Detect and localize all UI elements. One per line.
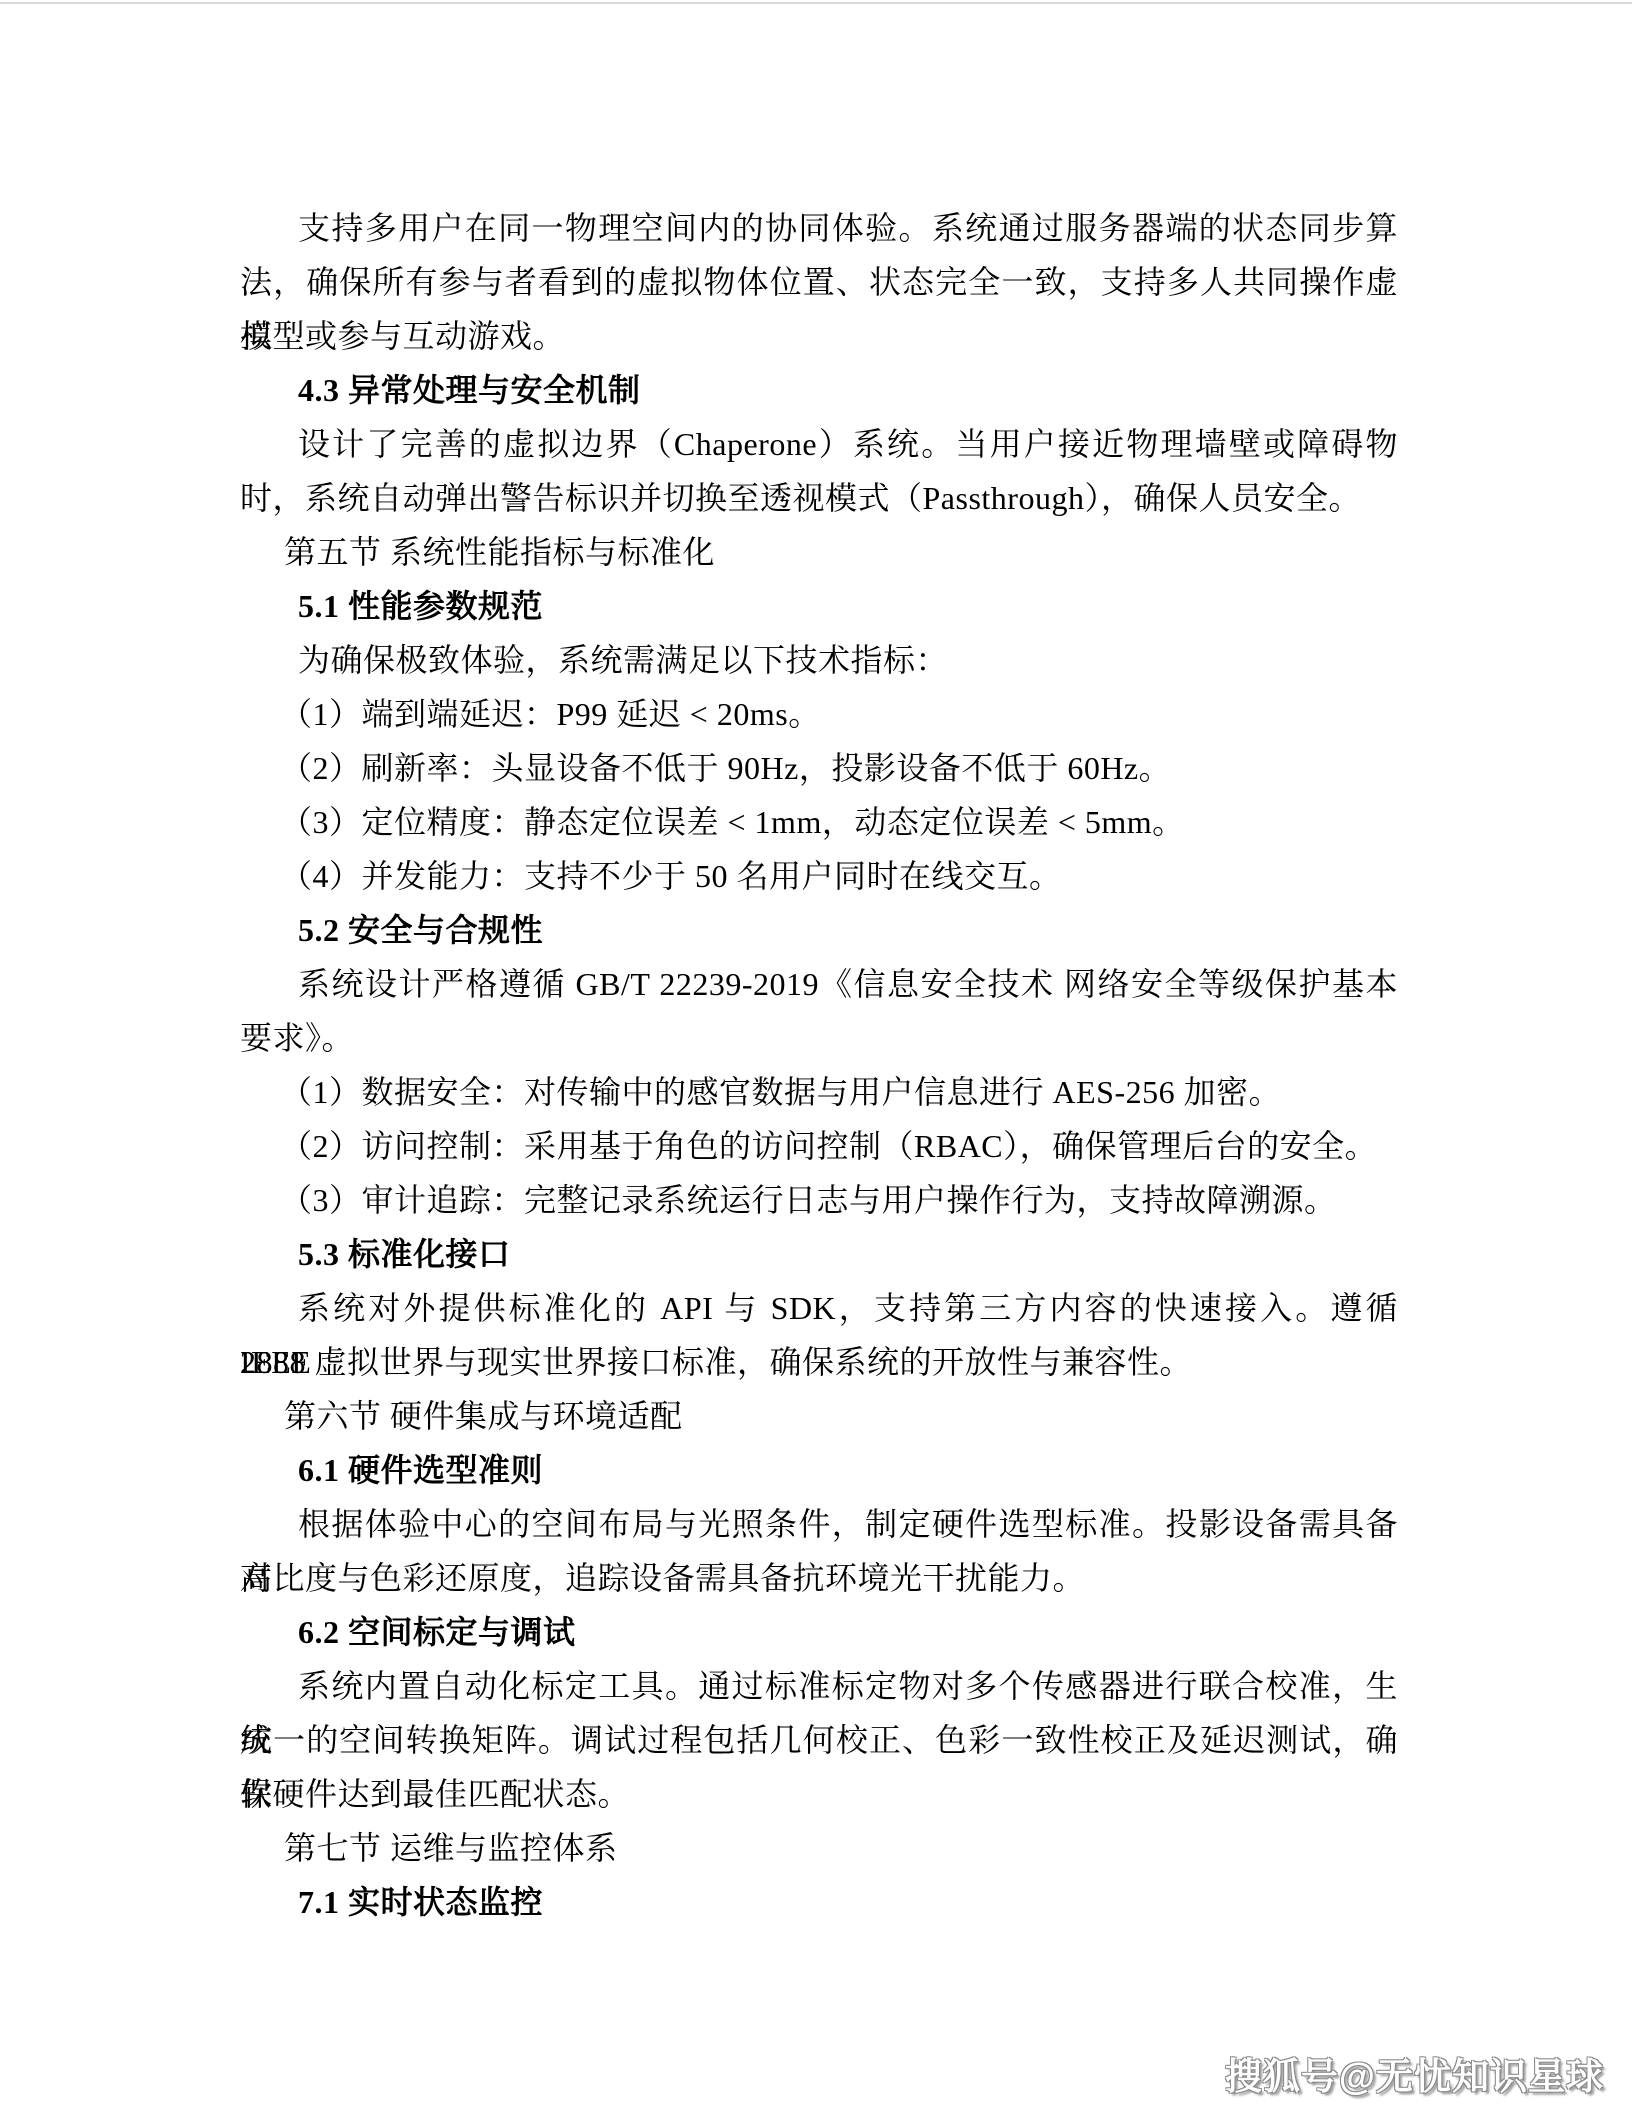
text-line: 第六节 硬件集成与环境适配 [240, 1389, 1398, 1443]
text-line: 5.3 标准化接口 [240, 1227, 1398, 1281]
text-line: 7.1 实时状态监控 [240, 1875, 1398, 1929]
text-line: 设计了完善的虚拟边界（Chaperone）系统。当用户接近物理墙壁或障碍物 [240, 417, 1398, 471]
text-line: 系统对外提供标准化的 API 与 SDK，支持第三方内容的快速接入。遵循 IEE… [240, 1281, 1398, 1335]
text-line: （3）审计追踪：完整记录系统运行日志与用户操作行为，支持故障溯源。 [240, 1173, 1398, 1227]
text-line: 根据体验中心的空间布局与光照条件，制定硬件选型标准。投影设备需具备高 [240, 1497, 1398, 1551]
text-line: 对比度与色彩还原度，追踪设备需具备抗环境光干扰能力。 [240, 1551, 1398, 1605]
text-line: （1）数据安全：对传输中的感官数据与用户信息进行 AES-256 加密。 [240, 1065, 1398, 1119]
text-line: 6.2 空间标定与调试 [240, 1605, 1398, 1659]
text-line: 系统设计严格遵循 GB/T 22239-2019《信息安全技术 网络安全等级保护… [240, 957, 1398, 1011]
text-line: （2）访问控制：采用基于角色的访问控制（RBAC），确保管理后台的安全。 [240, 1119, 1398, 1173]
page-top-edge-line [0, 2, 1632, 4]
watermark: 搜狐号@无忧知识星球 [1225, 2046, 1604, 2100]
text-line: 6.1 硬件选型准则 [240, 1443, 1398, 1497]
text-line: 时，系统自动弹出警告标识并切换至透视模式（Passthrough），确保人员安全… [240, 471, 1398, 525]
text-line: 第七节 运维与监控体系 [240, 1821, 1398, 1875]
text-line: （2）刷新率：头显设备不低于 90Hz，投影设备不低于 60Hz。 [240, 741, 1398, 795]
text-line: 5.1 性能参数规范 [240, 579, 1398, 633]
text-line: 5.2 安全与合规性 [240, 903, 1398, 957]
text-line: （1）端到端延迟：P99 延迟 < 20ms。 [240, 687, 1398, 741]
text-line: 统一的空间转换矩阵。调试过程包括几何校正、色彩一致性校正及延迟测试，确保 [240, 1713, 1398, 1767]
text-line: 系统内置自动化标定工具。通过标准标定物对多个传感器进行联合校准，生成 [240, 1659, 1398, 1713]
text-line: 4.3 异常处理与安全机制 [240, 363, 1398, 417]
text-line: 模型或参与互动游戏。 [240, 309, 1398, 363]
text-line: 法，确保所有参与者看到的虚拟物体位置、状态完全一致，支持多人共同操作虚拟 [240, 255, 1398, 309]
document-body: 支持多用户在同一物理空间内的协同体验。系统通过服务器端的状态同步算法，确保所有参… [240, 201, 1398, 1929]
text-line: （3）定位精度：静态定位误差 < 1mm，动态定位误差 < 5mm。 [240, 795, 1398, 849]
text-line: 支持多用户在同一物理空间内的协同体验。系统通过服务器端的状态同步算 [240, 201, 1398, 255]
text-line: （4）并发能力：支持不少于 50 名用户同时在线交互。 [240, 849, 1398, 903]
text-line: 软硬件达到最佳匹配状态。 [240, 1767, 1398, 1821]
text-line: 第五节 系统性能指标与标准化 [240, 525, 1398, 579]
text-line: 为确保极致体验，系统需满足以下技术指标： [240, 633, 1398, 687]
text-line: 要求》。 [240, 1011, 1398, 1065]
text-line: 2888 虚拟世界与现实世界接口标准，确保系统的开放性与兼容性。 [240, 1335, 1398, 1389]
